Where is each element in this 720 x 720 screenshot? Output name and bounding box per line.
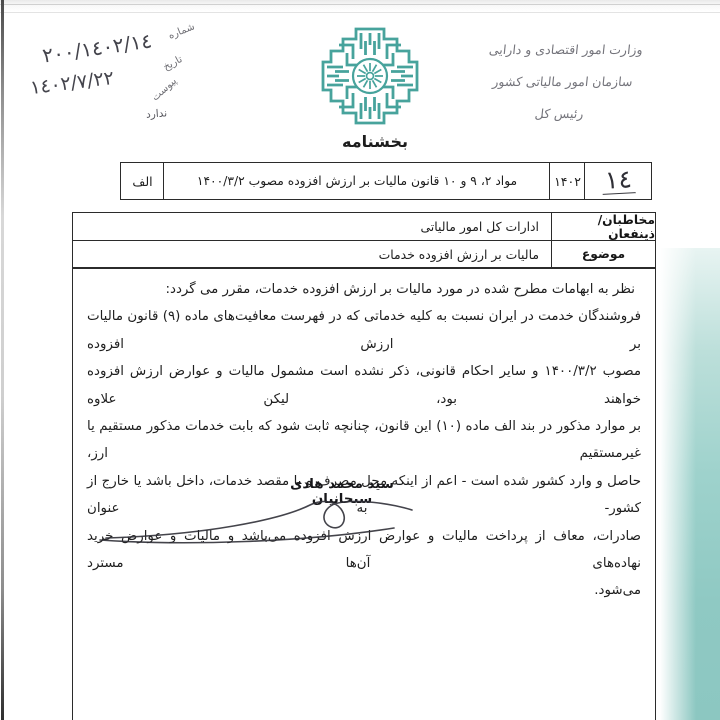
signature-icon xyxy=(92,494,422,546)
scan-top-edge xyxy=(0,0,720,13)
body-line: مصوب ۱۴۰۰/۳/۲ و سایر احکام قانونی، ذکر ن… xyxy=(87,358,641,413)
letterhead-block: وزارت امور اقتصادی و دارایی سازمان امور … xyxy=(450,34,675,130)
body-line: فروشندگان خدمت در ایران نسبت به کلیه خدم… xyxy=(87,303,641,358)
scan-left-paper-edge xyxy=(1,0,4,720)
table-row: موضوع مالیات بر ارزش افزوده خدمات xyxy=(73,240,655,267)
category-cell: الف xyxy=(120,162,165,200)
body-line: نظر به ابهامات مطرح شده در مورد مالیات ب… xyxy=(87,276,641,303)
director-general-line: رئیس کل xyxy=(450,98,668,130)
body-line: می‌شود. xyxy=(87,577,641,604)
circular-number-handwritten: ١٤ xyxy=(601,167,635,196)
handwritten-date: ١٤٠٢/٧/٢٢ xyxy=(29,67,115,99)
handwritten-ref-number: ٢٠٠/١٤٠٢/١٤ xyxy=(41,28,153,67)
circular-document-page: ٢٠٠/١٤٠٢/١٤ ١٤٠٢/٧/٢٢ شماره تاریخ پیوست … xyxy=(0,0,720,720)
subject-label-cell: موضوع xyxy=(551,241,655,267)
addressees-value-cell: ادارات کل امور مالیاتی xyxy=(73,213,551,240)
info-table: مخاطبان/ ذینفعان ادارات کل امور مالیاتی … xyxy=(72,212,656,268)
subject-value-cell: مالیات بر ارزش افزوده خدمات xyxy=(73,241,551,267)
year-cell: ۱۴۰۲ xyxy=(549,162,586,200)
attachment-label: پیوست xyxy=(150,76,179,104)
document-title: بخشنامه xyxy=(285,132,465,151)
organization-line: سازمان امور مالیاتی کشور xyxy=(453,66,671,98)
tax-administration-logo-icon xyxy=(318,24,422,128)
attachment-value: ندارد xyxy=(146,107,168,120)
teal-background-strip xyxy=(660,248,720,720)
subject-line-cell: مواد ۲، ۹ و ۱۰ قانون مالیات بر ارزش افزو… xyxy=(163,162,551,200)
circular-number-cell: ١٤ xyxy=(584,162,652,200)
date-label: تاریخ xyxy=(162,54,185,73)
ministry-line: وزارت امور اقتصادی و دارایی xyxy=(457,34,675,66)
scan-top-hairline xyxy=(0,4,720,5)
table-row: مخاطبان/ ذینفعان ادارات کل امور مالیاتی xyxy=(73,213,655,240)
addressees-label-cell: مخاطبان/ ذینفعان xyxy=(551,213,655,240)
number-label: شماره xyxy=(167,21,196,41)
body-line: بر موارد مذکور در بند الف ماده (۱۰) این … xyxy=(87,413,641,468)
